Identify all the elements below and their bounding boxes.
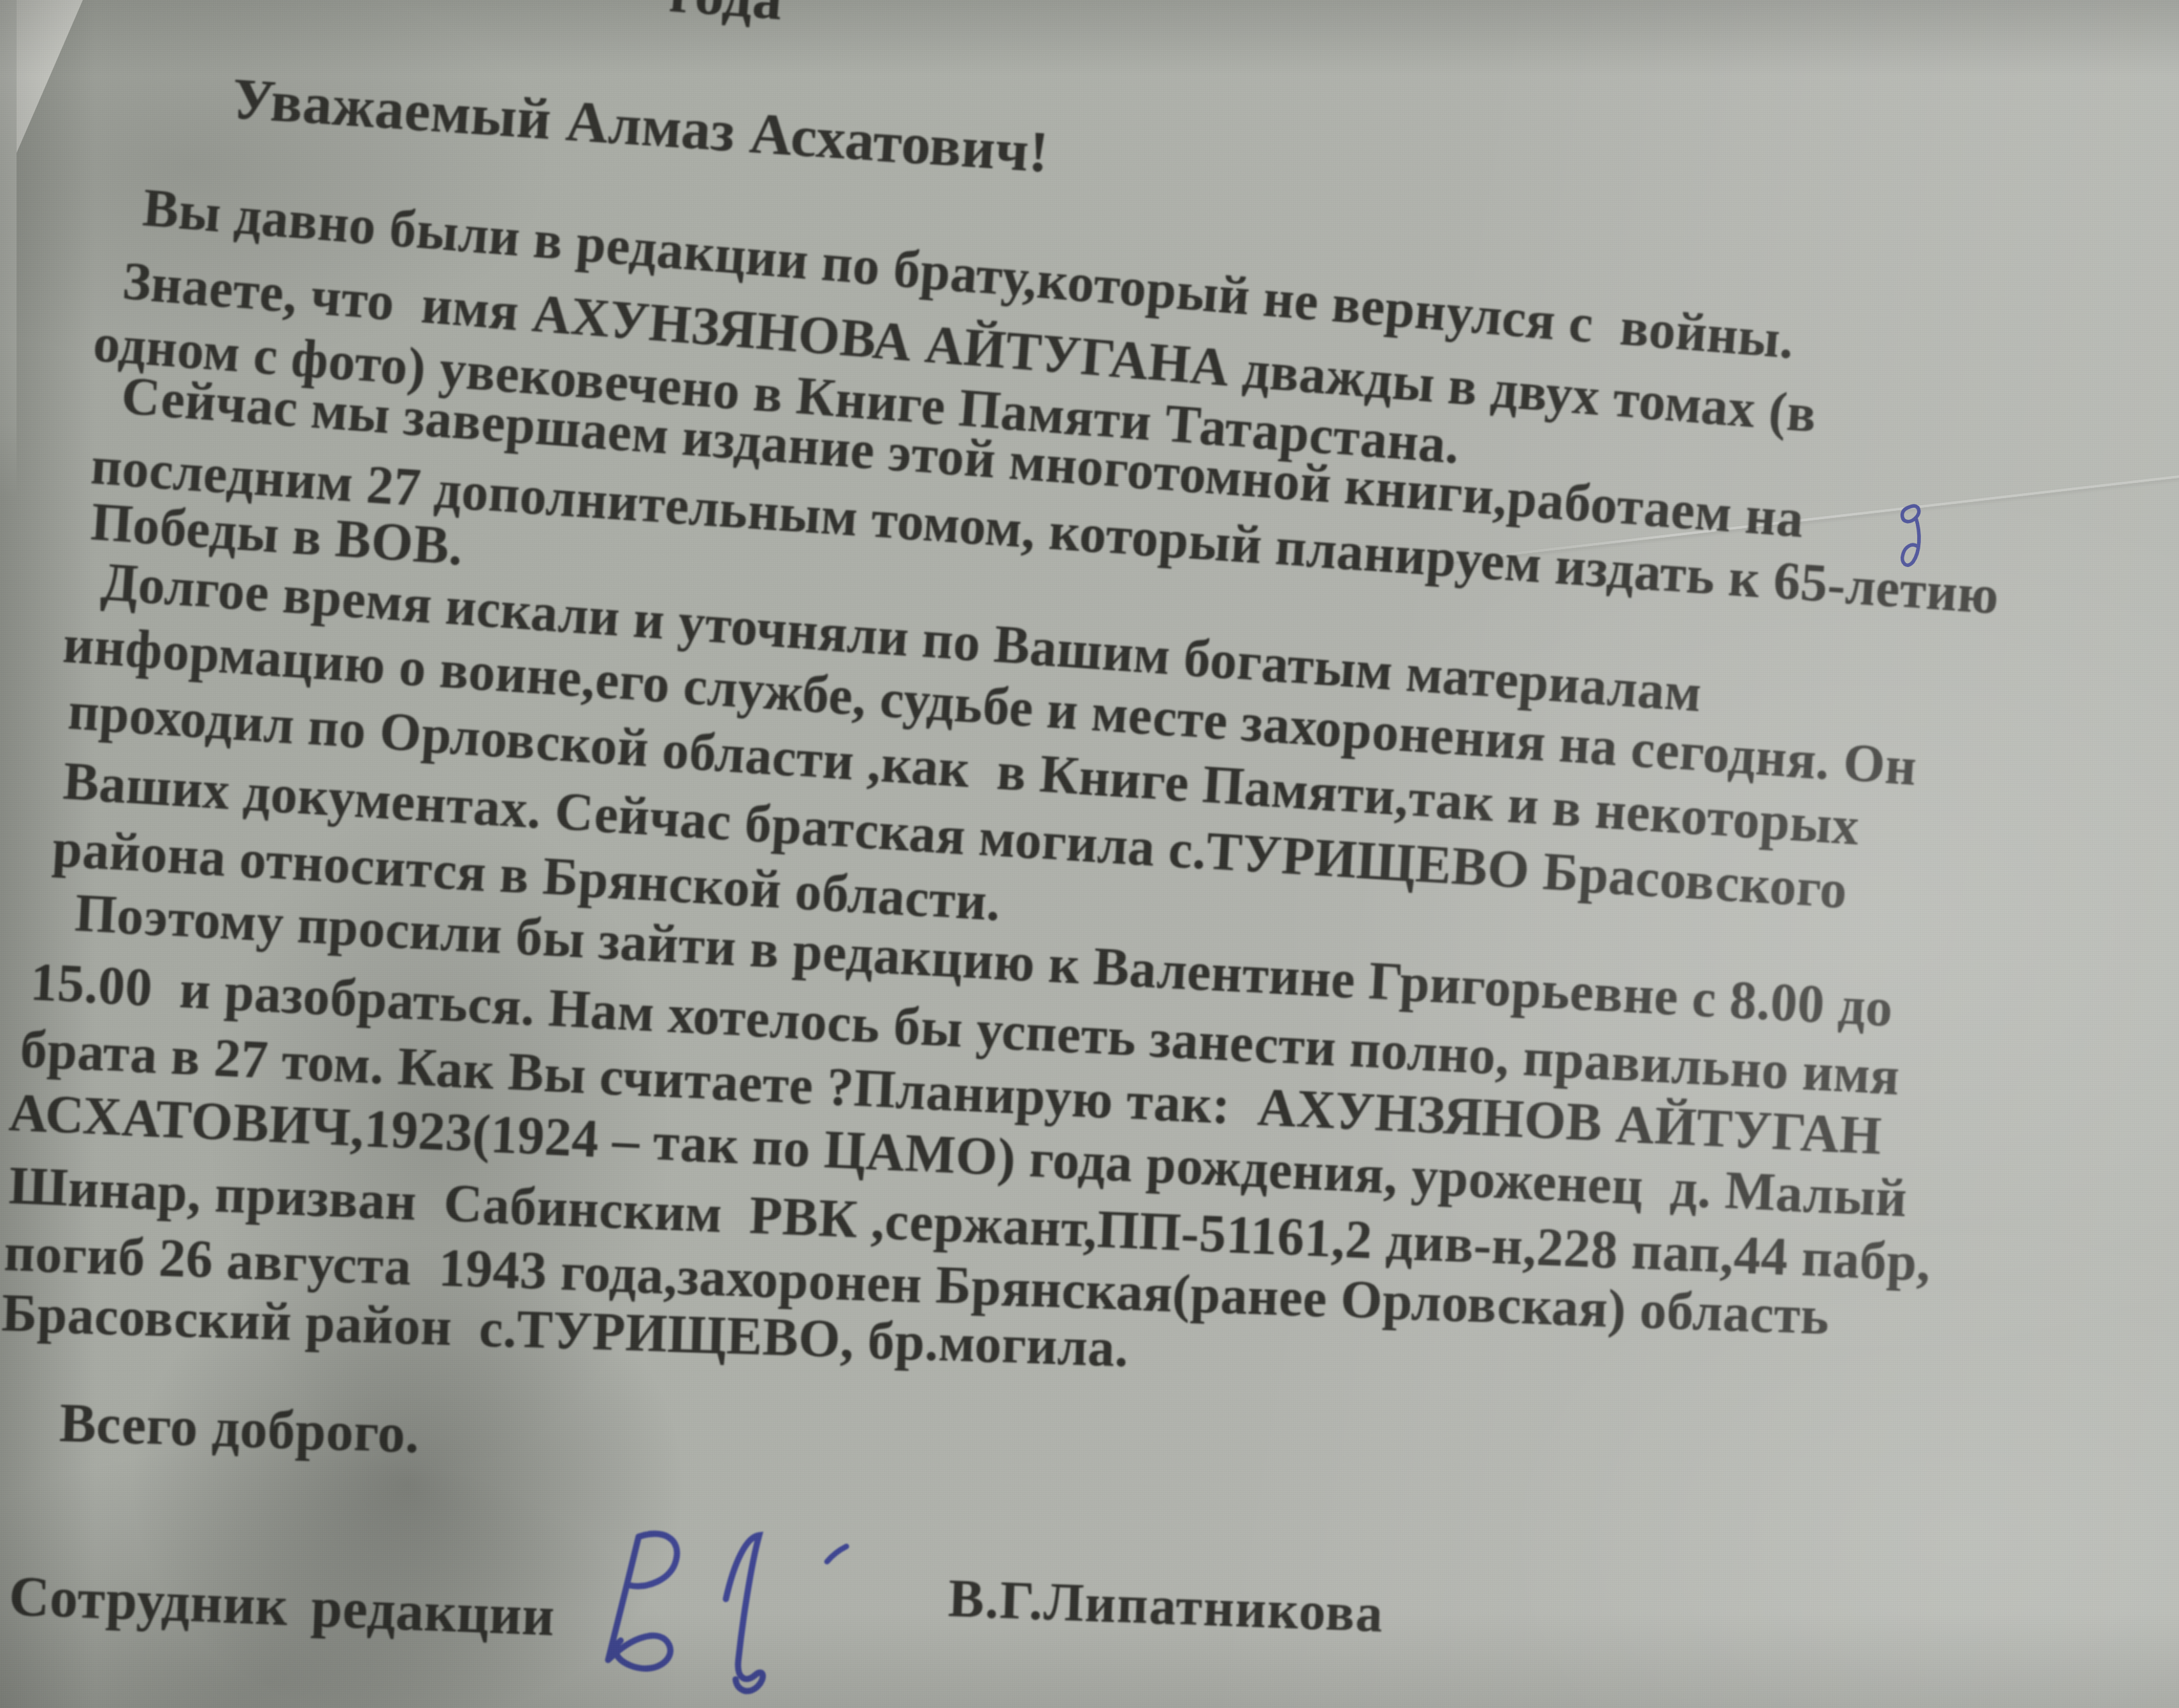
- letter-top-fragment: года: [668, 0, 785, 29]
- handwritten-signature: [572, 1515, 891, 1700]
- paper-edge-strip: [0, 0, 17, 497]
- signature-name: В.Г.Липатникова: [947, 1572, 1384, 1641]
- handwritten-ink-d: [1894, 502, 1927, 573]
- signature-label: Сотрудник редакции: [8, 1568, 556, 1646]
- letter-closing: Всего доброго.: [59, 1395, 420, 1461]
- letter-greeting: Уважаемый Алмаз Асхатович!: [231, 69, 1051, 182]
- photo-of-letter: года Уважаемый Алмаз Асхатович! Вы давно…: [0, 0, 2179, 1708]
